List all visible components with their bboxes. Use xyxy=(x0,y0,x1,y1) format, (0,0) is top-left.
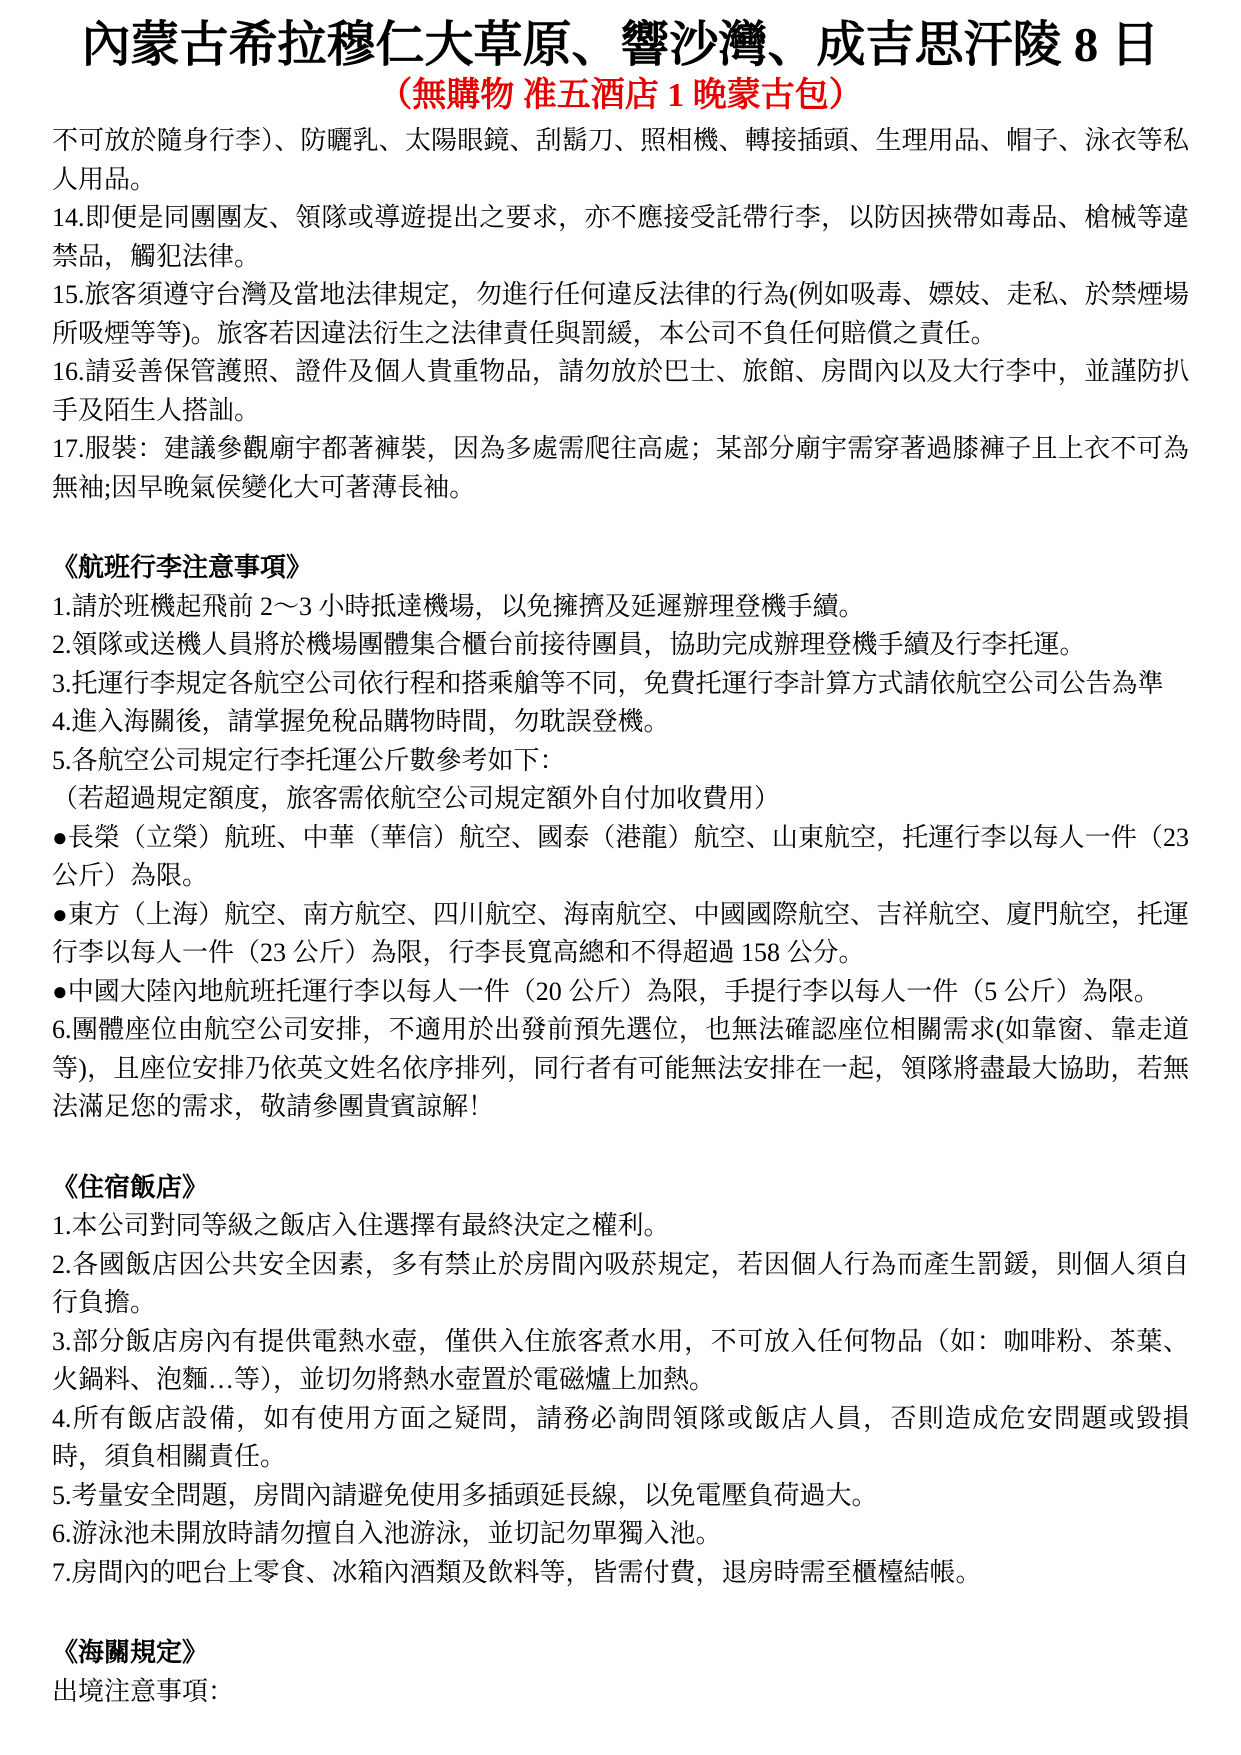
section-heading: 《住宿飯店》 xyxy=(52,1169,1189,1208)
page-title: 內蒙古希拉穆仁大草原、響沙灣、成吉思汗陵 8 日 xyxy=(52,14,1189,76)
paragraph: 4.進入海關後，請掌握免稅品購物時間，勿耽誤登機。 xyxy=(52,703,1189,742)
paragraph: ●長榮（立榮）航班、中華（華信）航空、國泰（港龍）航空、山東航空，托運行李以每人… xyxy=(52,819,1189,896)
paragraph: 1.請於班機起飛前 2～3 小時抵達機場，以免擁擠及延遲辦理登機手續。 xyxy=(52,588,1189,627)
document-page: 內蒙古希拉穆仁大草原、響沙灣、成吉思汗陵 8 日 （無購物 准五酒店 1 晚蒙古… xyxy=(0,0,1241,1755)
paragraph: 16.請妥善保管護照、證件及個人貴重物品，請勿放於巴士、旅館、房間內以及大行李中… xyxy=(52,353,1189,430)
paragraph: 7.房間內的吧台上零食、冰箱內酒類及飲料等，皆需付費，退房時需至櫃檯結帳。 xyxy=(52,1554,1189,1593)
paragraph: 17.服裝：建議參觀廟宇都著褲裝，因為多處需爬往高處；某部分廟宇需穿著過膝褲子且… xyxy=(52,430,1189,507)
document-body: 不可放於隨身行李）、防曬乳、太陽眼鏡、刮鬍刀、照相機、轉接插頭、生理用品、帽子、… xyxy=(52,122,1189,1711)
paragraph: 1.本公司對同等級之飯店入住選擇有最終決定之權利。 xyxy=(52,1207,1189,1246)
paragraph: 15.旅客須遵守台灣及當地法律規定，勿進行任何違反法律的行為(例如吸毒、嫖妓、走… xyxy=(52,276,1189,353)
paragraph: 4.所有飯店設備，如有使用方面之疑問，請務必詢問領隊或飯店人員，否則造成危安問題… xyxy=(52,1400,1189,1477)
paragraph: ●東方（上海）航空、南方航空、四川航空、海南航空、中國國際航空、吉祥航空、廈門航… xyxy=(52,896,1189,973)
paragraph: ●中國大陸內地航班托運行李以每人一件（20 公斤）為限，手提行李以每人一件（5 … xyxy=(52,973,1189,1012)
paragraph: 3.部分飯店房內有提供電熱水壺，僅供入住旅客煮水用，不可放入任何物品（如：咖啡粉… xyxy=(52,1323,1189,1400)
paragraph: 6.游泳池未開放時請勿擅自入池游泳，並切記勿單獨入池。 xyxy=(52,1515,1189,1554)
paragraph: 3.托運行李規定各航空公司依行程和搭乘艙等不同，免費托運行李計算方式請依航空公司… xyxy=(52,665,1189,704)
paragraph: 5.各航空公司規定行李托運公斤數參考如下： xyxy=(52,742,1189,781)
section-heading: 《海關規定》 xyxy=(52,1634,1189,1673)
paragraph: 不可放於隨身行李）、防曬乳、太陽眼鏡、刮鬍刀、照相機、轉接插頭、生理用品、帽子、… xyxy=(52,122,1189,199)
section-heading: 《航班行李注意事項》 xyxy=(52,549,1189,588)
paragraph: 出境注意事項： xyxy=(52,1673,1189,1712)
paragraph: 2.各國飯店因公共安全因素，多有禁止於房間內吸菸規定，若因個人行為而產生罰鍰，則… xyxy=(52,1246,1189,1323)
page-subtitle: （無購物 准五酒店 1 晚蒙古包） xyxy=(52,76,1189,116)
paragraph: 14.即便是同團團友、領隊或導遊提出之要求，亦不應接受託帶行李，以防因挾帶如毒品… xyxy=(52,199,1189,276)
paragraph: （若超過規定額度，旅客需依航空公司規定額外自付加收費用） xyxy=(52,780,1189,819)
paragraph: 6.團體座位由航空公司安排，不適用於出發前預先選位，也無法確認座位相關需求(如靠… xyxy=(52,1011,1189,1127)
paragraph: 5.考量安全問題，房間內請避免使用多插頭延長線，以免電壓負荷過大。 xyxy=(52,1477,1189,1516)
paragraph: 2.領隊或送機人員將於機場團體集合櫃台前接待團員，協助完成辦理登機手續及行李托運… xyxy=(52,626,1189,665)
